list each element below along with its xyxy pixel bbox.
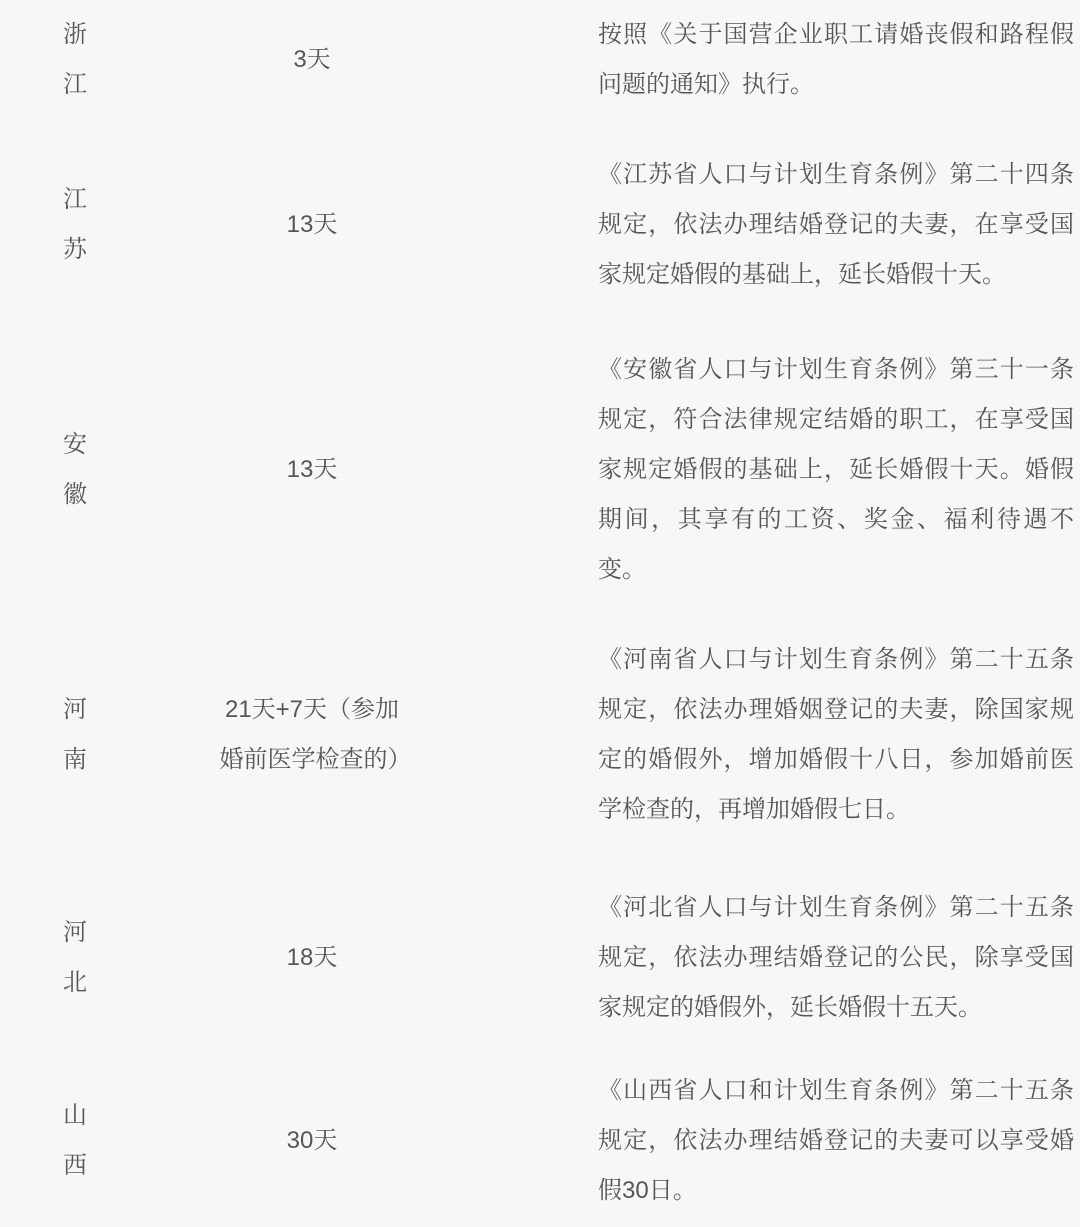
days-value: 13天 (287, 200, 338, 250)
regulation-cell: 《河南省人口与计划生育条例》第二十五条规定，依法办理婚姻登记的夫妻，除国家规定的… (598, 635, 1074, 835)
marriage-leave-table: 浙江 3天 按照《关于国营企业职工请婚丧假和路程假问题的通知》执行。 江苏 13… (0, 0, 1080, 1227)
days-value: 30天 (287, 1116, 338, 1166)
days-cell: 13天 (88, 445, 536, 495)
days-value: 18天 (287, 933, 338, 983)
days-value: 3天 (293, 35, 330, 85)
regulation-cell: 按照《关于国营企业职工请婚丧假和路程假问题的通知》执行。 (598, 10, 1074, 110)
province-cell: 山西 (62, 1091, 88, 1191)
table-row: 江苏 13天 《江苏省人口与计划生育条例》第二十四条规定，依法办理结婚登记的夫妻… (0, 120, 1080, 330)
table-row: 河北 18天 《河北省人口与计划生育条例》第二十五条规定，依法办理结婚登记的公民… (0, 860, 1080, 1055)
province-cell: 河北 (62, 908, 88, 1008)
days-value: 13天 (287, 445, 338, 495)
province-cell: 浙江 (62, 10, 88, 110)
province-cell: 江苏 (62, 175, 88, 275)
regulation-cell: 《河北省人口与计划生育条例》第二十五条规定，依法办理结婚登记的公民，除享受国家规… (598, 883, 1074, 1033)
days-cell: 21天+7天（参加婚前医学检查的） (88, 685, 536, 785)
page: 浙江 3天 按照《关于国营企业职工请婚丧假和路程假问题的通知》执行。 江苏 13… (0, 0, 1080, 1227)
days-cell: 18天 (88, 933, 536, 983)
regulation-cell: 《安徽省人口与计划生育条例》第三十一条规定，符合法律规定结婚的职工，在享受国家规… (598, 345, 1074, 595)
days-cell: 3天 (88, 35, 536, 85)
table-row: 浙江 3天 按照《关于国营企业职工请婚丧假和路程假问题的通知》执行。 (0, 0, 1080, 120)
regulation-cell: 《江苏省人口与计划生育条例》第二十四条规定，依法办理结婚登记的夫妻，在享受国家规… (598, 150, 1074, 300)
days-cell: 13天 (88, 200, 536, 250)
days-cell: 30天 (88, 1116, 536, 1166)
province-cell: 安徽 (62, 420, 88, 520)
days-value: 21天+7天（参加婚前医学检查的） (220, 685, 405, 785)
table-row: 山西 30天 《山西省人口和计划生育条例》第二十五条规定，依法办理结婚登记的夫妻… (0, 1055, 1080, 1227)
table-row: 河南 21天+7天（参加婚前医学检查的） 《河南省人口与计划生育条例》第二十五条… (0, 610, 1080, 860)
table-row: 安徽 13天 《安徽省人口与计划生育条例》第三十一条规定，符合法律规定结婚的职工… (0, 330, 1080, 610)
province-cell: 河南 (62, 685, 88, 785)
regulation-cell: 《山西省人口和计划生育条例》第二十五条规定，依法办理结婚登记的夫妻可以享受婚假3… (598, 1066, 1074, 1216)
